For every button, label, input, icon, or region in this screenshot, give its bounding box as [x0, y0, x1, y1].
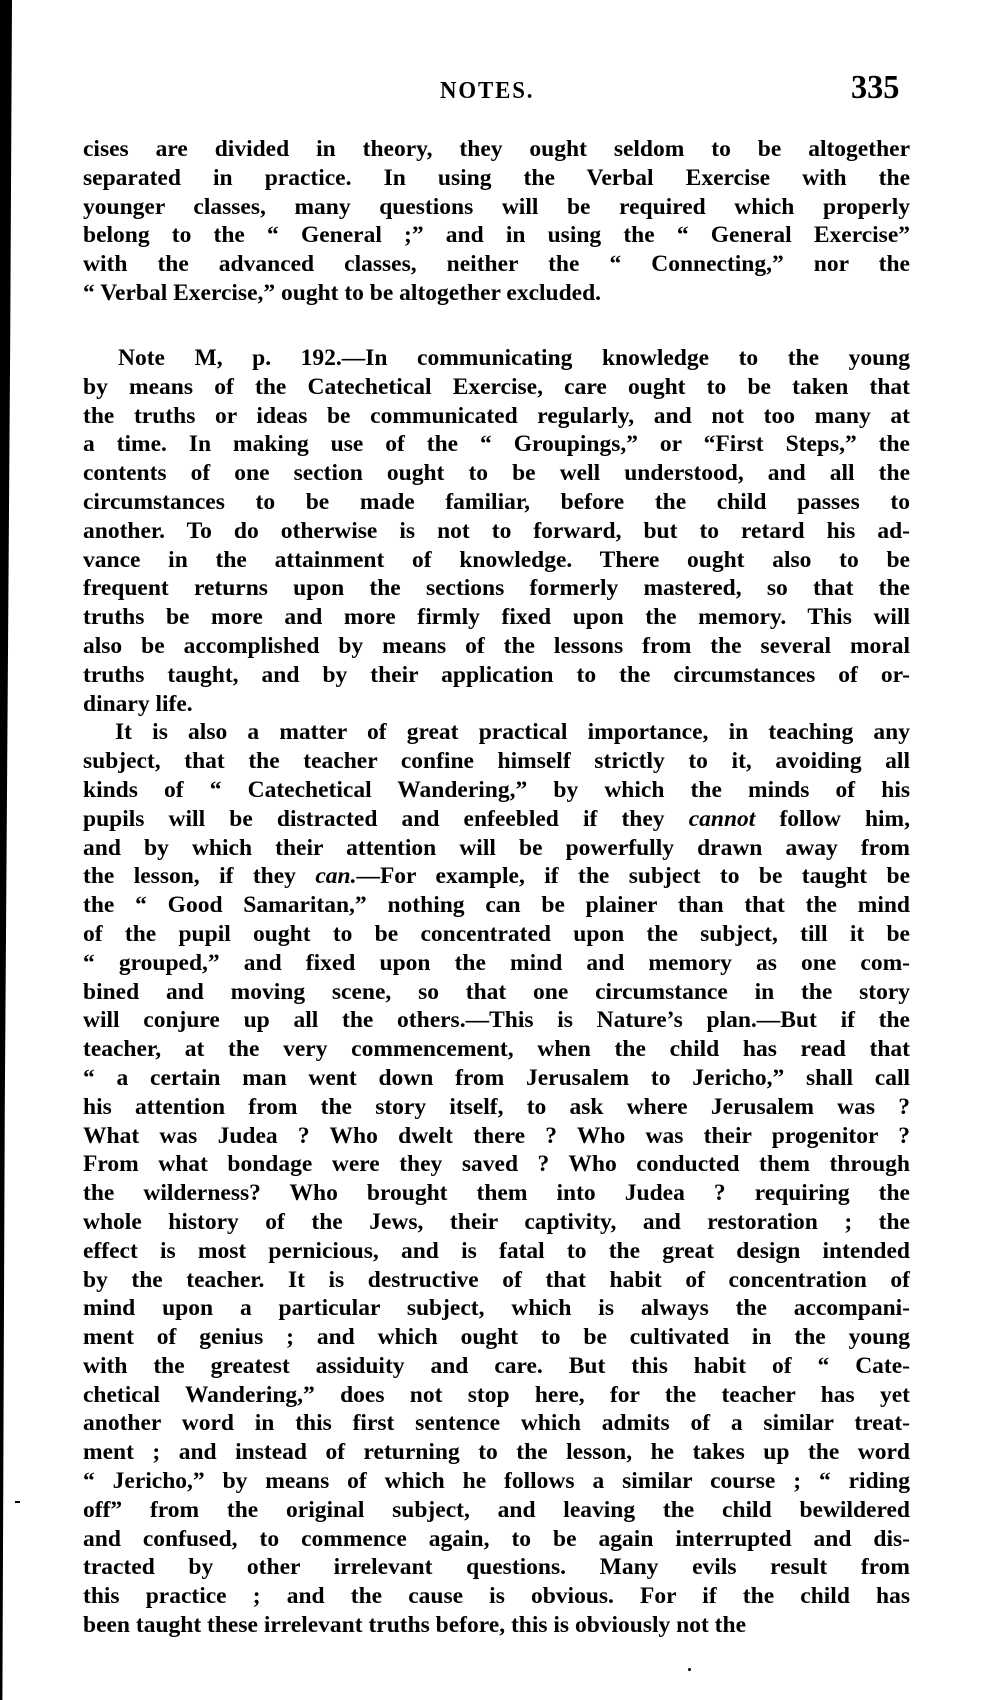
text-line: belong to the “ General ;” and in using … [83, 221, 910, 250]
text-line: of the pupil ought to be concentrated up… [83, 920, 910, 949]
text-line: Note M, p. 192.—In communicating knowled… [83, 344, 910, 373]
text-line: cises are divided in theory, they ought … [83, 135, 910, 164]
text-line: ment ; and instead of returning to the l… [83, 1438, 910, 1467]
text-line: this practice ; and the cause is obvious… [83, 1582, 910, 1611]
text-line: a time. In making use of the “ Groupings… [83, 430, 910, 459]
text-line: also be accomplished by means of the les… [83, 632, 910, 661]
text-line: truths taught, and by their application … [83, 661, 910, 690]
text-line: the wilderness? Who brought them into Ju… [83, 1179, 910, 1208]
text-line: mind upon a particular subject, which is… [83, 1294, 910, 1323]
text-line: teacher, at the very commencement, when … [83, 1035, 910, 1064]
text-line: younger classes, many questions will be … [83, 193, 910, 222]
text-line: by means of the Catechetical Exercise, c… [83, 373, 910, 402]
italic-emphasis: can. [315, 863, 356, 889]
text-line: with the greatest assiduity and care. Bu… [83, 1352, 910, 1381]
text-line: been taught these irrelevant truths befo… [83, 1611, 910, 1640]
text-line: whole history of the Jews, their captivi… [83, 1208, 910, 1237]
text-run: pupils will be distracted and enfeebled … [83, 806, 689, 832]
text-run: follow him, [755, 806, 910, 832]
text-line: with the advanced classes, neither the “… [83, 250, 910, 279]
text-line: It is also a matter of great practical i… [83, 718, 910, 747]
text-line: What was Judea ? Who dwelt there ? Who w… [83, 1122, 910, 1151]
text-line: dinary life. [83, 690, 910, 719]
text-line: ment of genius ; and which ought to be c… [83, 1323, 910, 1352]
text-line: will conjure up all the others.—This is … [83, 1006, 910, 1035]
text-line: the truths or ideas be communicated regu… [83, 402, 910, 431]
text-run: —For example, if the subject to be taugh… [356, 863, 910, 889]
text-line: effect is most pernicious, and is fatal … [83, 1237, 910, 1266]
text-line: circumstances to be made familiar, befor… [83, 488, 910, 517]
text-line: “ Verbal Exercise,” ought to be altogeth… [83, 279, 910, 308]
text-line: pupils will be distracted and enfeebled … [83, 805, 910, 834]
text-line: kinds of “ Catechetical Wandering,” by w… [83, 776, 910, 805]
text-line: and confused, to commence again, to be a… [83, 1525, 910, 1554]
text-line: off” from the original subject, and leav… [83, 1496, 910, 1525]
text-line: the lesson, if they can.—For example, if… [83, 862, 910, 891]
text-line: contents of one section ought to be well… [83, 459, 910, 488]
text-line: From what bondage were they saved ? Who … [83, 1150, 910, 1179]
scan-artifact-mark [15, 1501, 20, 1503]
text-line: frequent returns upon the sections forme… [83, 574, 910, 603]
text-line: vance in the attainment of knowledge. Th… [83, 546, 910, 575]
text-line: his attention from the story itself, to … [83, 1093, 910, 1122]
text-line: by the teacher. It is destructive of tha… [83, 1266, 910, 1295]
italic-emphasis: cannot [689, 806, 756, 832]
text-line: and by which their attention will be pow… [83, 834, 910, 863]
text-line: bined and moving scene, so that one circ… [83, 978, 910, 1007]
scan-edge-shadow [0, 0, 12, 1700]
paragraph-catechetical-wandering: It is also a matter of great practical i… [83, 718, 910, 1640]
text-run: the lesson, if they [83, 863, 315, 889]
scan-speck [688, 1668, 691, 1671]
text-line: another. To do otherwise is not to forwa… [83, 517, 910, 546]
text-line: the “ Good Samaritan,” nothing can be pl… [83, 891, 910, 920]
text-line: “ a certain man went down from Jerusalem… [83, 1064, 910, 1093]
text-line: “ Jericho,” by means of which he follows… [83, 1467, 910, 1496]
paragraph-note-m: Note M, p. 192.—In communicating knowled… [83, 344, 910, 1640]
text-line: separated in practice. In using the Verb… [83, 164, 910, 193]
text-line: truths be more and more firmly fixed upo… [83, 603, 910, 632]
text-line: tracted by other irrelevant questions. M… [83, 1553, 910, 1582]
text-line: chetical Wandering,” does not stop here,… [83, 1381, 910, 1410]
text-line: another word in this first sentence whic… [83, 1409, 910, 1438]
text-line: subject, that the teacher confine himsel… [83, 747, 910, 776]
page-number: 335 [851, 70, 899, 106]
running-head: NOTES. [440, 78, 534, 104]
paragraph-continuation: cises are divided in theory, they ought … [83, 135, 910, 308]
text-line: “ grouped,” and fixed upon the mind and … [83, 949, 910, 978]
